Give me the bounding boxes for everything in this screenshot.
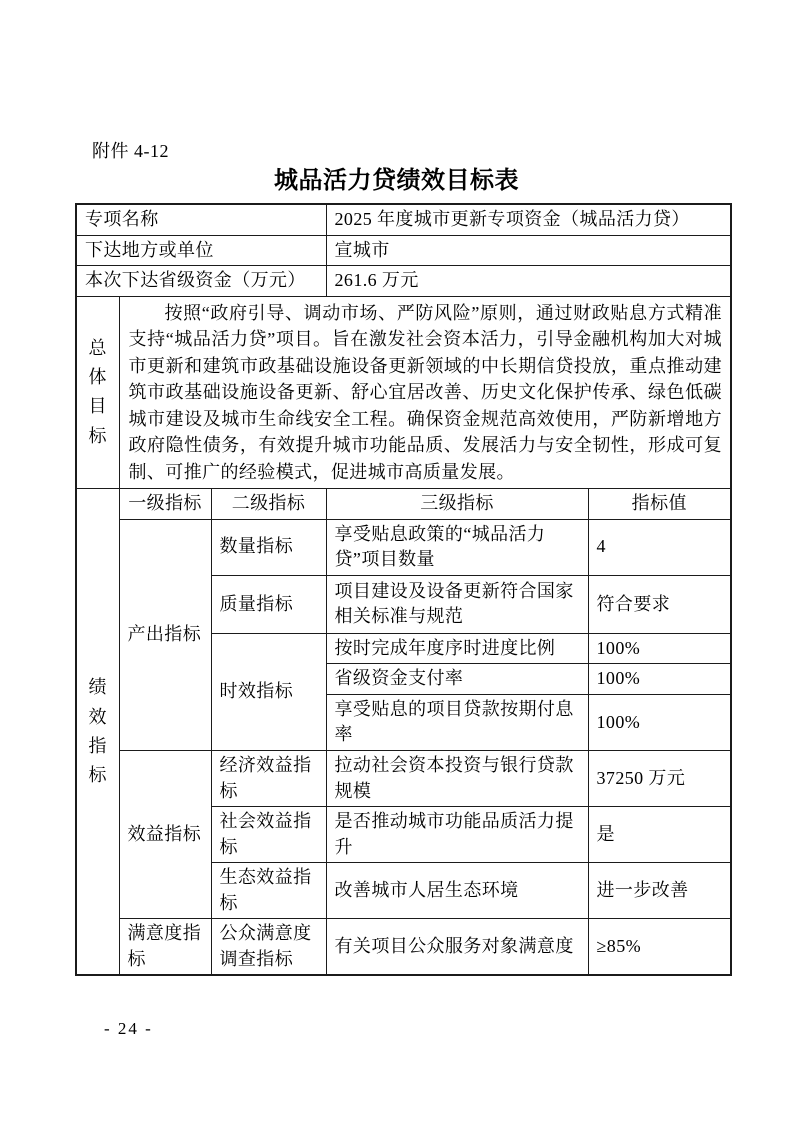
- level3-cell: 改善城市人居生态环境: [326, 863, 588, 919]
- level2-cell: 公众满意度调查指标: [211, 919, 326, 976]
- header-level1: 一级指标: [119, 489, 211, 520]
- level2-cell: 数量指标: [211, 519, 326, 575]
- overall-goal-row: 总 体 目 标 按照“政府引导、调动市场、严防风险”原则，通过财政贴息方式精准支…: [76, 296, 731, 489]
- value-cell: 100%: [588, 664, 731, 695]
- header-level3: 三级指标: [326, 489, 588, 520]
- level3-cell: 有关项目公众服务对象满意度: [326, 919, 588, 976]
- level2-cell: 社会效益指标: [211, 807, 326, 863]
- level1-cell: 效益指标: [119, 750, 211, 918]
- level2-cell: 时效指标: [211, 633, 326, 750]
- value-cell: 进一步改善: [588, 863, 731, 919]
- info-row: 本次下达省级资金（万元） 261.6 万元: [76, 266, 731, 297]
- info-row: 专项名称 2025 年度城市更新专项资金（城品活力贷）: [76, 204, 731, 235]
- indicator-header-row: 绩 效 指 标 一级指标 二级指标 三级指标 指标值: [76, 489, 731, 520]
- overall-goal-text: 按照“政府引导、调动市场、严防风险”原则，通过财政贴息方式精准支持“城品活力贷”…: [119, 296, 731, 489]
- header-value: 指标值: [588, 489, 731, 520]
- overall-goal-label: 总 体 目 标: [76, 296, 119, 489]
- performance-section-label: 绩 效 指 标: [76, 489, 119, 976]
- level3-cell: 按时完成年度序时进度比例: [326, 633, 588, 664]
- header-level2: 二级指标: [211, 489, 326, 520]
- level3-cell: 是否推动城市功能品质活力提升: [326, 807, 588, 863]
- level1-cell: 产出指标: [119, 519, 211, 750]
- level1-cell: 满意度指标: [119, 919, 211, 976]
- info-row: 下达地方或单位 宣城市: [76, 235, 731, 266]
- info-row-label: 本次下达省级资金（万元）: [76, 266, 326, 297]
- level3-cell: 省级资金支付率: [326, 664, 588, 695]
- value-cell: 符合要求: [588, 575, 731, 633]
- level3-cell: 享受贴息的项目贷款按期付息率: [326, 694, 588, 750]
- value-cell: ≥85%: [588, 919, 731, 976]
- info-row-value: 2025 年度城市更新专项资金（城品活力贷）: [326, 204, 731, 235]
- level2-cell: 经济效益指标: [211, 750, 326, 806]
- info-row-label: 专项名称: [76, 204, 326, 235]
- page-title: 城品活力贷绩效目标表: [0, 160, 793, 195]
- indicator-row: 产出指标 数量指标 享受贴息政策的“城品活力贷”项目数量 4: [76, 519, 731, 575]
- value-cell: 4: [588, 519, 731, 575]
- level2-cell: 生态效益指标: [211, 863, 326, 919]
- value-cell: 100%: [588, 633, 731, 664]
- value-cell: 是: [588, 807, 731, 863]
- level2-cell: 质量指标: [211, 575, 326, 633]
- level3-cell: 拉动社会资本投资与银行贷款规模: [326, 750, 588, 806]
- document-page: 附件 4-12 城品活力贷绩效目标表 专项名称 2025 年度城市更新专项资金（…: [0, 0, 793, 1122]
- info-row-value: 宣城市: [326, 235, 731, 266]
- value-cell: 100%: [588, 694, 731, 750]
- level3-cell: 享受贴息政策的“城品活力贷”项目数量: [326, 519, 588, 575]
- indicator-row: 满意度指标 公众满意度调查指标 有关项目公众服务对象满意度 ≥85%: [76, 919, 731, 976]
- info-row-value: 261.6 万元: [326, 266, 731, 297]
- performance-target-table: 专项名称 2025 年度城市更新专项资金（城品活力贷） 下达地方或单位 宣城市 …: [75, 203, 732, 976]
- page-number: - 24 -: [104, 1019, 153, 1039]
- value-cell: 37250 万元: [588, 750, 731, 806]
- level3-cell: 项目建设及设备更新符合国家相关标准与规范: [326, 575, 588, 633]
- indicator-row: 效益指标 经济效益指标 拉动社会资本投资与银行贷款规模 37250 万元: [76, 750, 731, 806]
- info-row-label: 下达地方或单位: [76, 235, 326, 266]
